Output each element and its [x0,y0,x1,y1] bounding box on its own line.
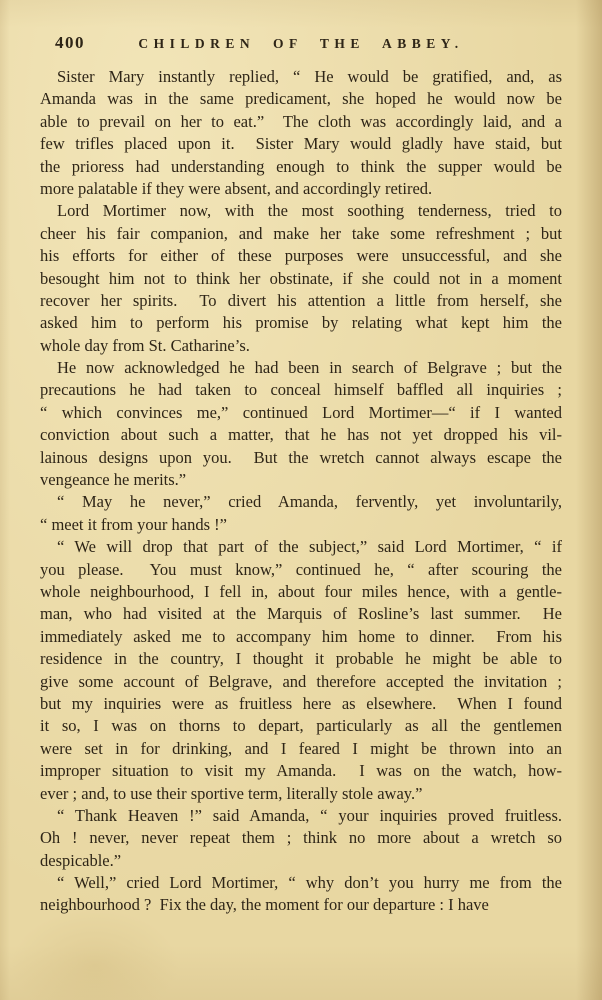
paragraph: Lord Mortimer now, with the most soothin… [40,200,562,357]
text-line: improper situation to visit my Amanda. I… [40,760,562,782]
text-line: few trifles placed upon it. Sister Mary … [40,133,562,155]
paragraph: Sister Mary instantly replied, “ He woul… [40,66,562,200]
text-line: whole day from St. Catharine’s. [40,335,562,357]
text-line: immediately asked me to accompany him ho… [40,626,562,648]
text-line: were set in for drinking, and I feared I… [40,738,562,760]
text-line: lainous designs upon you. But the wretch… [40,447,562,469]
text-line: more palatable if they were absent, and … [40,178,562,200]
text-line: “ which convinces me,” continued Lord Mo… [40,402,562,424]
page-text: Sister Mary instantly replied, “ He woul… [40,66,562,917]
text-line: “ Well,” cried Lord Mortimer, “ why don’… [40,872,562,894]
text-line: able to prevail on her to eat.” The clot… [40,111,562,133]
text-line: neighbourhood ? Fix the day, the moment … [40,894,562,916]
text-line: Sister Mary instantly replied, “ He woul… [40,66,562,88]
text-line: but my inquiries were as fruitless here … [40,693,562,715]
text-line: despicable.” [40,850,562,872]
running-title: CHILDREN OF THE ABBEY. [40,36,562,52]
text-line: “ meet it from your hands !” [40,514,562,536]
text-line: asked him to perform his promise by rela… [40,312,562,334]
text-line: Amanda was in the same predicament, she … [40,88,562,110]
text-line: give some account of Belgrave, and there… [40,671,562,693]
text-line: “ May he never,” cried Amanda, fervently… [40,491,562,513]
text-line: precautions he had taken to conceal hims… [40,379,562,401]
text-line: Lord Mortimer now, with the most soothin… [40,200,562,222]
text-line: whole neighbourhood, I fell in, about fo… [40,581,562,603]
book-page: 400 CHILDREN OF THE ABBEY. Sister Mary i… [0,0,602,1000]
text-line: cheer his fair companion, and make her t… [40,223,562,245]
paragraph: “ Thank Heaven !” said Amanda, “ your in… [40,805,562,872]
text-line: Oh ! never, never repeat them ; think no… [40,827,562,849]
text-line: it so, I was on thorns to depart, partic… [40,715,562,737]
text-line: “ Thank Heaven !” said Amanda, “ your in… [40,805,562,827]
text-line: vengeance he merits.” [40,469,562,491]
text-line: ever ; and, to use their sportive term, … [40,783,562,805]
text-line: the prioress had understanding enough to… [40,156,562,178]
text-line: recover her spirits. To divert his atten… [40,290,562,312]
text-line: besought him not to think her obstinate,… [40,268,562,290]
text-line: He now acknowledged he had been in searc… [40,357,562,379]
paragraph: “ We will drop that part of the subject,… [40,536,562,805]
text-line: man, who had visited at the Marquis of R… [40,603,562,625]
paragraph: He now acknowledged he had been in searc… [40,357,562,491]
text-line: conviction about such a matter, that he … [40,424,562,446]
text-line: you please. You must know,” continued he… [40,559,562,581]
text-line: “ We will drop that part of the subject,… [40,536,562,558]
text-line: his efforts for either of these purposes… [40,245,562,267]
paragraph: “ Well,” cried Lord Mortimer, “ why don’… [40,872,562,917]
paragraph: “ May he never,” cried Amanda, fervently… [40,491,562,536]
text-line: residence in the country, I thought it p… [40,648,562,670]
